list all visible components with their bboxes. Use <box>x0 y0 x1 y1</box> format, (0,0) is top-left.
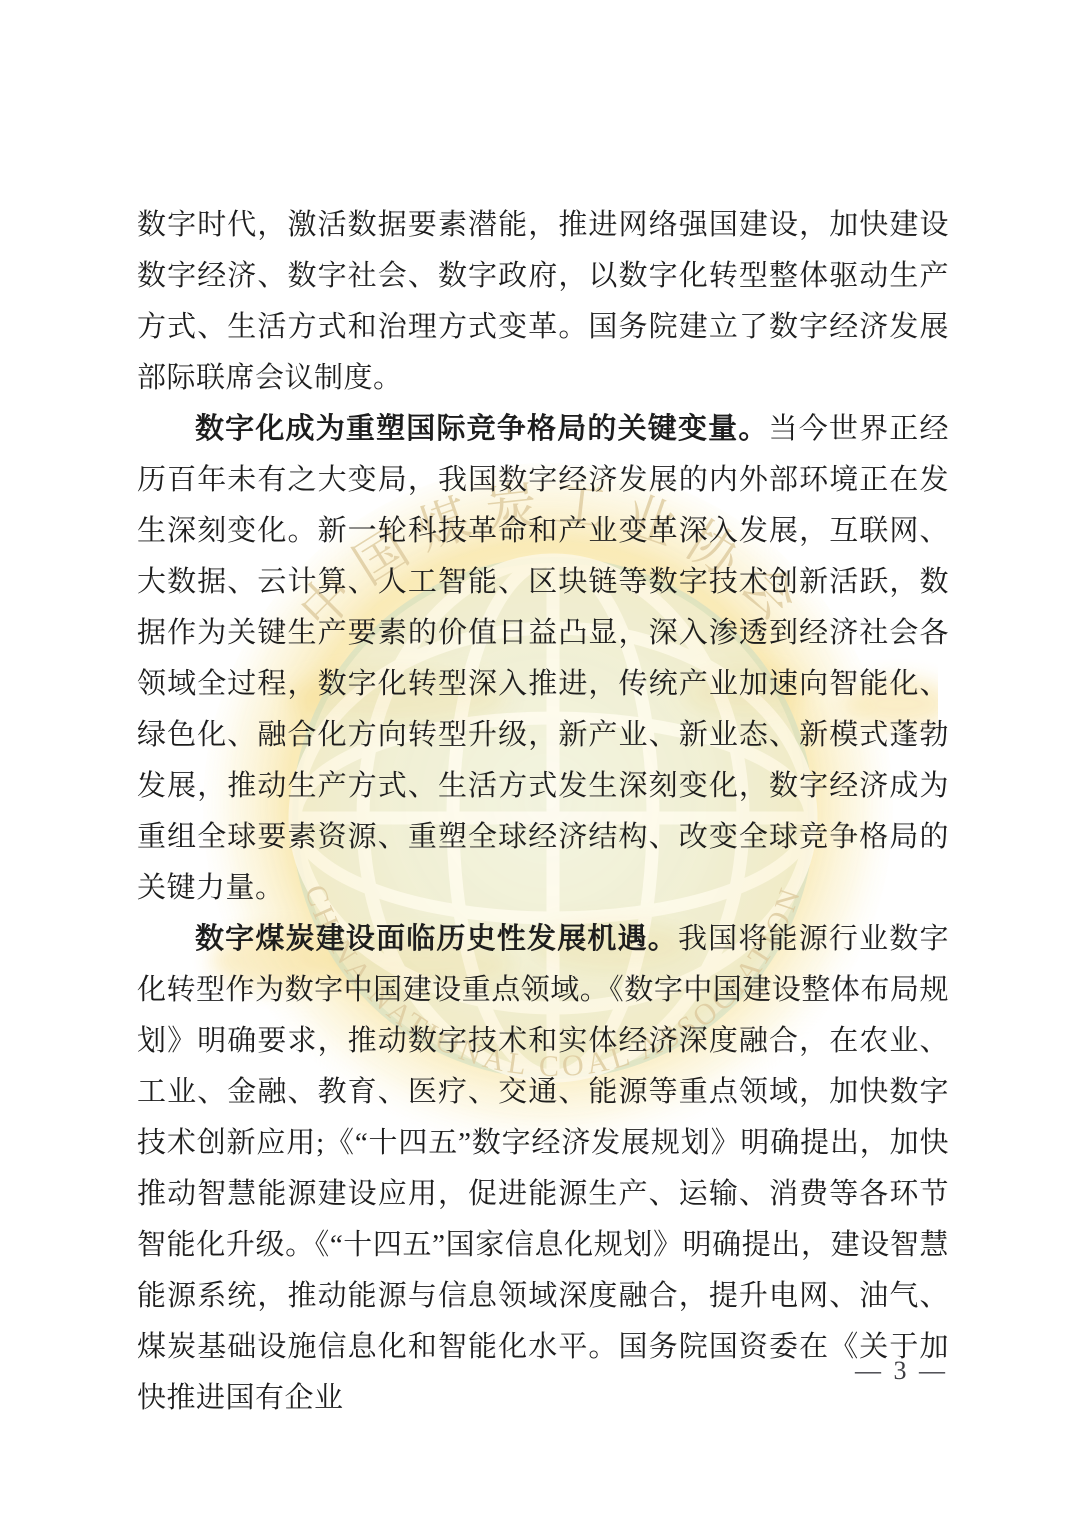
paragraph-lead-bold: 数字化成为重塑国际竞争格局的关键变量。 <box>195 413 769 445</box>
paragraph-text: 数字时代，激活数据要素潜能，推进网络强国建设，加快建设数字经济、数字社会、数字政… <box>137 209 949 394</box>
paragraph-text: 当今世界正经历百年未有之大变局，我国数字经济发展的内外部环境正在发生深刻变化。新… <box>137 413 949 904</box>
paragraph-lead-bold: 数字煤炭建设面临历史性发展机遇。 <box>195 923 678 955</box>
document-body: 数字时代，激活数据要素潜能，推进网络强国建设，加快建设数字经济、数字社会、数字政… <box>137 200 949 1424</box>
document-page: { "body": { "p1": { "text": "数字时代，激活数据要素… <box>0 0 1080 1527</box>
page-number: — 3 — <box>855 1356 948 1386</box>
paragraph-text: 我国将能源行业数字化转型作为数字中国建设重点领域。《数字中国建设整体布局规划》明… <box>137 923 949 1414</box>
paragraph-digitalization-key-variable: 数字化成为重塑国际竞争格局的关键变量。当今世界正经历百年未有之大变局，我国数字经… <box>137 404 949 914</box>
paragraph-digital-era: 数字时代，激活数据要素潜能，推进网络强国建设，加快建设数字经济、数字社会、数字政… <box>137 200 949 404</box>
paragraph-digital-coal-opportunity: 数字煤炭建设面临历史性发展机遇。我国将能源行业数字化转型作为数字中国建设重点领域… <box>137 914 949 1424</box>
